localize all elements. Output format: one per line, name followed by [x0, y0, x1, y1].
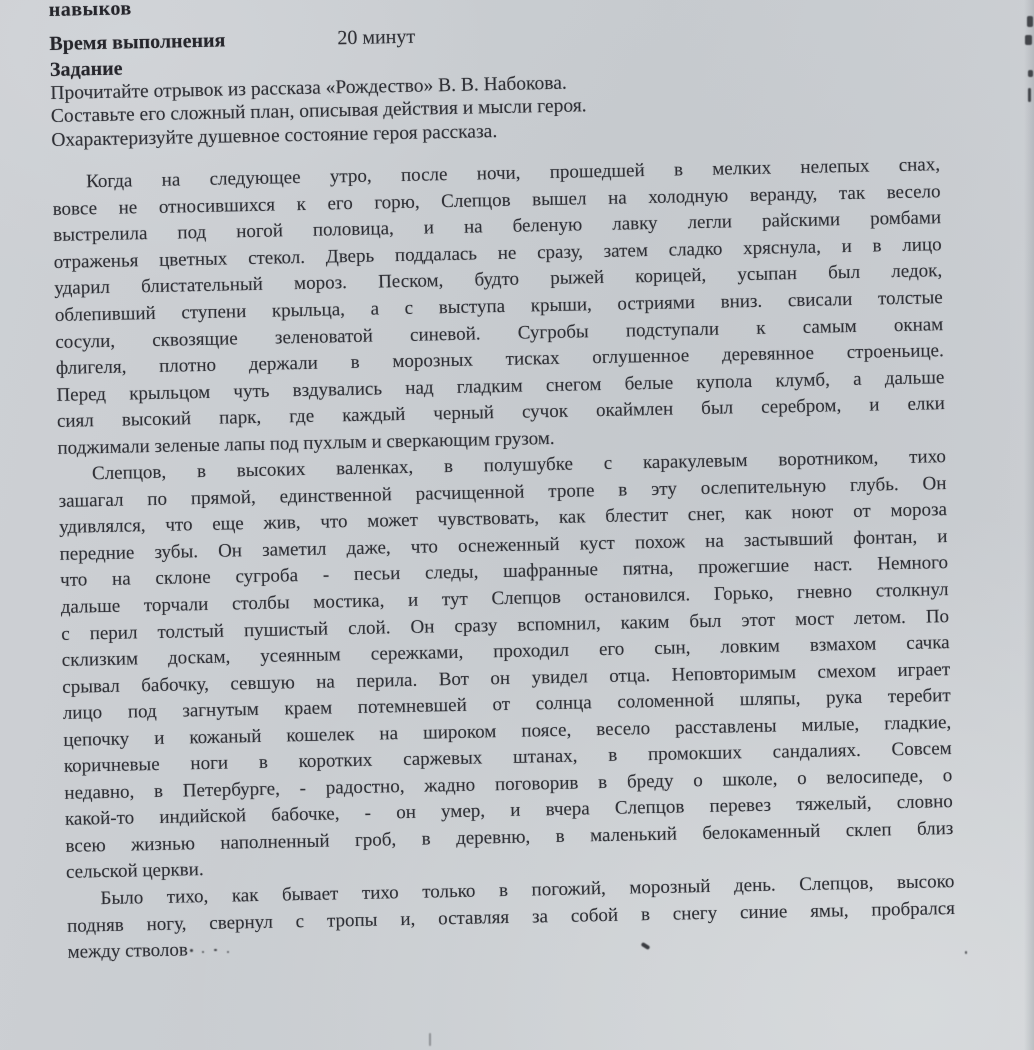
- page-content: навыков Время выполнения 20 минут Задани…: [48, 0, 956, 1007]
- edge-glyph-fragment: [1028, 88, 1031, 102]
- edge-glyph-fragment: [1025, 35, 1032, 45]
- document-photo: навыков Время выполнения 20 минут Задани…: [0, 0, 1034, 1050]
- paper-speck: [190, 949, 193, 952]
- paper-speck: [227, 951, 229, 953]
- paper-speck: [214, 949, 217, 951]
- paragraph: Когда на следующее утро, после ночи, про…: [52, 152, 946, 462]
- paper-speck: [429, 1033, 431, 1046]
- paper-speck: [965, 951, 967, 954]
- time-value: 20 минут: [337, 26, 415, 51]
- paper-speck: [202, 951, 204, 953]
- paper-sheet: навыков Время выполнения 20 минут Задани…: [0, 0, 1034, 1050]
- edge-glyph-fragment: [1027, 16, 1033, 27]
- edge-glyph-fragment: [1028, 70, 1033, 77]
- paragraph: Слепцов, в высоких валенках, в полушубке…: [58, 444, 954, 886]
- excerpt-text: Когда на следующее утро, после ночи, про…: [52, 152, 956, 966]
- time-label: Время выполнения: [49, 27, 337, 56]
- paragraph: Было тихо, как бывает тихо только в пого…: [66, 869, 955, 966]
- photo-edge-band: [1024, 0, 1034, 1050]
